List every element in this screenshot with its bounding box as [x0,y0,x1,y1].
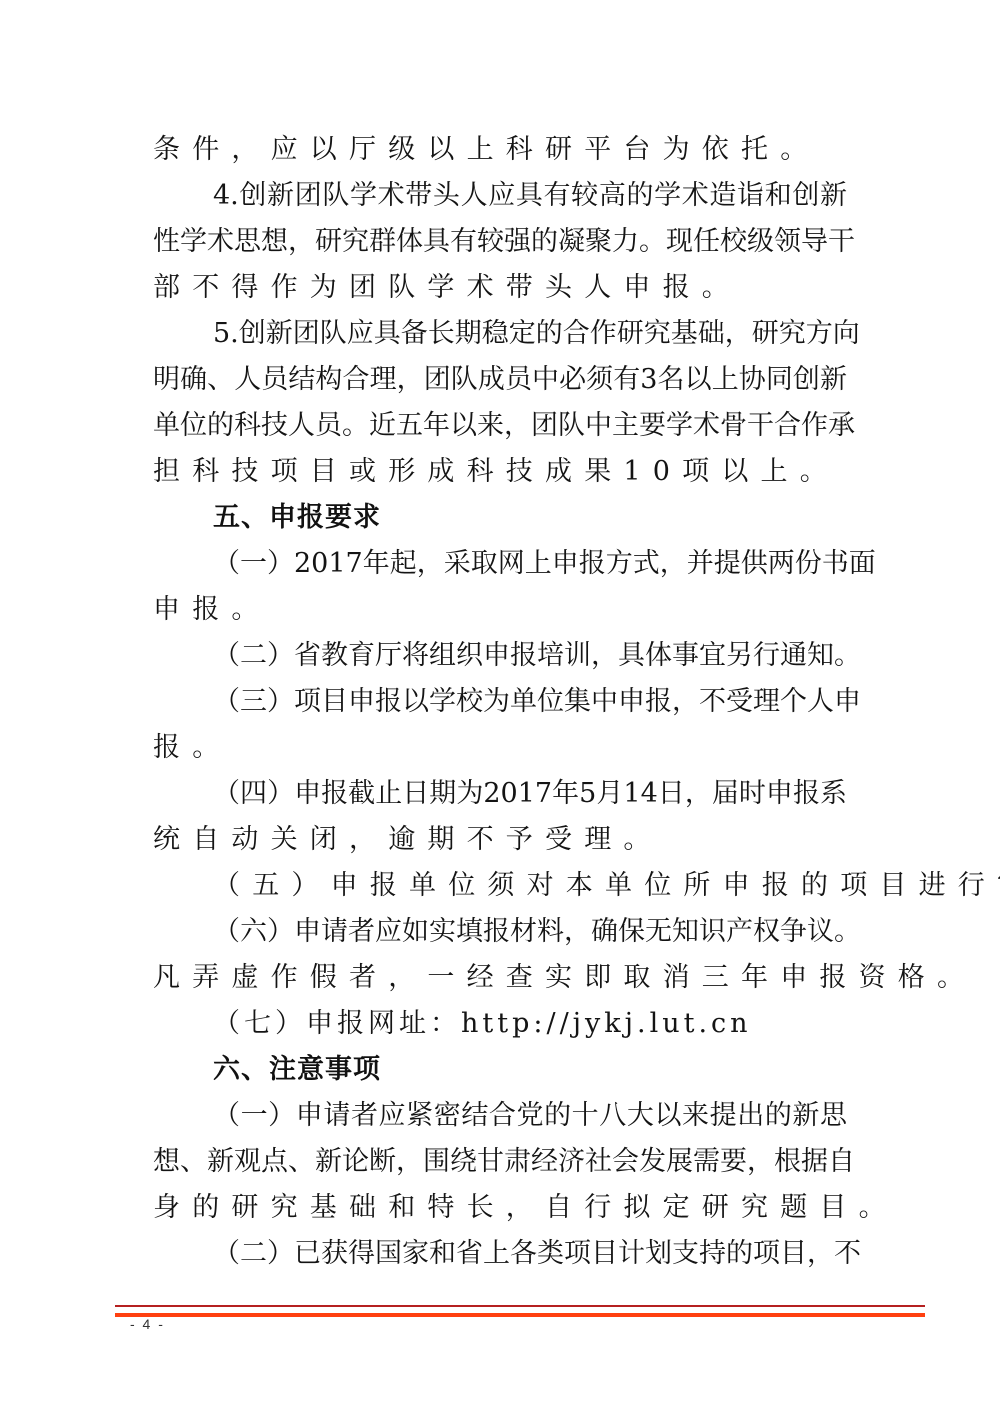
text-line: 想、新观点、新论断，围绕甘肃经济社会发展需要，根据自 [153,1142,847,1182]
text-line: （一）申请者应紧密结合党的十八大以来提出的新思 [213,1096,847,1136]
section-heading-5: 五、申报要求 [213,498,381,538]
text-line: （二）已获得国家和省上各类项目计划支持的项目，不 [213,1234,847,1274]
text-line: 身的研究基础和特长，自行拟定研究题目。 [153,1188,847,1228]
text-line: 明确、人员结构合理，团队成员中必须有3名以上协同创新 [153,360,847,400]
text-line: 条件，应以厅级以上科研平台为依托。 [153,130,847,170]
text-line: 性学术思想，研究群体具有较强的凝聚力。现任校级领导干 [153,222,847,262]
text-line: 单位的科技人员。近五年以来，团队中主要学术骨干合作承 [153,406,847,446]
text-line: 统自动关闭，逾期不予受理。 [153,820,847,860]
text-line: （六）申请者应如实填报材料，确保无知识产权争议。 [213,912,847,952]
text-line: 申报。 [153,590,847,630]
document-page: 条件，应以厅级以上科研平台为依托。 4.创新团队学术带头人应具有较高的学术造诣和… [0,0,1000,1414]
url-line: （七）申报网址：http://jykj.lut.cn [213,1004,847,1044]
text-line: （四）申报截止日期为2017年5月14日，届时申报系 [213,774,847,814]
text-line: （一）2017年起，采取网上申报方式，并提供两份书面 [213,544,847,584]
footer-rule-dark-red [115,1305,925,1307]
text-line: （三）项目申报以学校为单位集中申报，不受理个人申 [213,682,847,722]
text-line: 5.创新团队应具备长期稳定的合作研究基础，研究方向 [213,314,847,354]
text-line: 担科技项目或形成科技成果10项以上。 [153,452,847,492]
text-line: （二）省教育厅将组织申报培训，具体事宜另行通知。 [213,636,847,676]
footer-rule-orange-red [115,1313,925,1317]
page-number: - 4 - [130,1315,165,1333]
text-line: 4.创新团队学术带头人应具有较高的学术造诣和创新 [213,176,847,216]
text-line: （五）申报单位须对本单位所申报的项目进行审核。 [213,866,847,906]
text-line: 凡弄虚作假者，一经查实即取消三年申报资格。 [153,958,847,998]
text-line: 部不得作为团队学术带头人申报。 [153,268,847,308]
section-heading-6: 六、注意事项 [213,1050,381,1090]
text-line: 报。 [153,728,847,768]
